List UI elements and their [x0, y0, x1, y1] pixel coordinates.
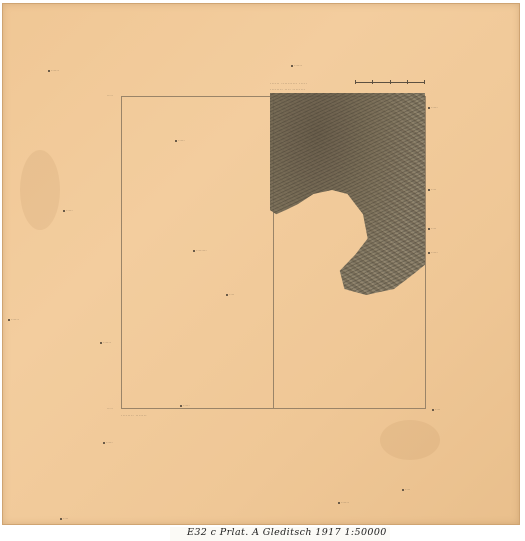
corner-coordinate: ····· — [107, 407, 113, 411]
paper-stain — [380, 420, 440, 460]
place-label: ····· — [428, 105, 438, 110]
paper-stain — [20, 150, 60, 230]
place-label: ···· — [428, 187, 436, 192]
place-label: ····· — [180, 403, 190, 408]
scale-bar — [355, 82, 425, 83]
place-label: ····· — [63, 208, 73, 213]
map-header-line2: ········ ···· ········ — [270, 87, 305, 92]
place-label: ···· — [402, 487, 410, 492]
place-label: ···· — [226, 292, 234, 297]
place-label: ······ — [338, 500, 349, 505]
place-label: ···· — [60, 516, 68, 521]
bottom-note: ········ ······· — [121, 413, 147, 418]
place-label: ····· — [175, 138, 185, 143]
map-caption: E32 c Prlat. A Gleditsch 1917 1:50000 — [187, 527, 387, 538]
place-label: ······ — [48, 68, 59, 73]
place-label: ······ — [291, 63, 302, 68]
place-label: ····· — [428, 250, 438, 255]
place-label: ···· — [428, 226, 436, 231]
place-label: ········ — [193, 248, 207, 253]
place-label: ····· — [103, 440, 113, 445]
map-header-line1: ······ ·········· ····· — [270, 81, 307, 86]
place-label: ······ — [100, 340, 111, 345]
corner-coordinate: ····· — [107, 94, 113, 98]
place-label: ······ — [8, 317, 19, 322]
place-label: ···· — [432, 407, 440, 412]
